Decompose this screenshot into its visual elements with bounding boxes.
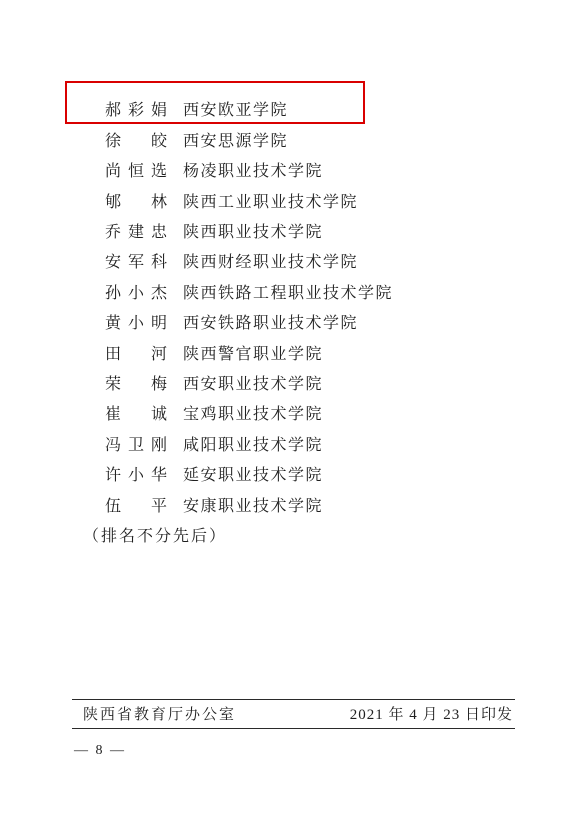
person-name: 田 河 (105, 341, 183, 364)
institution-name: 陕西警官职业学院 (183, 341, 323, 364)
ranking-note: （排名不分先后） (83, 519, 227, 549)
institution-name: 西安职业技术学院 (183, 371, 323, 394)
person-name: 冯卫刚 (105, 432, 183, 455)
list-item: 尚恒选 杨凌职业技术学院 (105, 155, 525, 185)
person-name: 孙小杰 (105, 280, 183, 303)
person-name: 崔 诚 (105, 401, 183, 424)
person-name: 安军科 (105, 249, 183, 272)
list-item: 郇 林 陕西工业职业技术学院 (105, 185, 525, 215)
person-name: 许小华 (105, 462, 183, 485)
page-number: — 8 — (74, 743, 126, 759)
list-item: 黄小明 西安铁路职业技术学院 (105, 307, 525, 337)
person-name: 尚恒选 (105, 158, 183, 181)
person-name: 黄小明 (105, 310, 183, 333)
list-item: 孙小杰 陕西铁路工程职业技术学院 (105, 276, 525, 306)
institution-name: 西安欧亚学院 (183, 97, 288, 120)
person-name: 乔建忠 (105, 219, 183, 242)
list-item: 乔建忠 陕西职业技术学院 (105, 215, 525, 245)
list-item: 田 河 陕西警官职业学院 (105, 337, 525, 367)
institution-name: 宝鸡职业技术学院 (183, 401, 323, 424)
institution-name: 陕西财经职业技术学院 (183, 249, 358, 272)
list-item: 伍 平 安康职业技术学院 (105, 489, 525, 519)
institution-name: 延安职业技术学院 (183, 462, 323, 485)
issuing-office: 陕西省教育厅办公室 (83, 703, 236, 724)
name-list: 郝彩娟 西安欧亚学院 徐 皎 西安思源学院 尚恒选 杨凌职业技术学院 郇 林 陕… (105, 94, 525, 519)
list-item: 郝彩娟 西安欧亚学院 (105, 94, 525, 124)
institution-name: 陕西职业技术学院 (183, 219, 323, 242)
institution-name: 杨凌职业技术学院 (183, 158, 323, 181)
list-item: 荣 梅 西安职业技术学院 (105, 367, 525, 397)
institution-name: 西安思源学院 (183, 128, 288, 151)
institution-name: 陕西铁路工程职业技术学院 (183, 280, 393, 303)
list-item: 冯卫刚 咸阳职业技术学院 (105, 428, 525, 458)
institution-name: 陕西工业职业技术学院 (183, 189, 358, 212)
list-item: 徐 皎 西安思源学院 (105, 124, 525, 154)
person-name: 郝彩娟 (105, 97, 183, 120)
print-date: 2021 年 4 月 23 日印发 (350, 703, 513, 724)
institution-name: 西安铁路职业技术学院 (183, 310, 358, 333)
footer-rule-bottom (72, 728, 515, 729)
list-item: 安军科 陕西财经职业技术学院 (105, 246, 525, 276)
list-item: 崔 诚 宝鸡职业技术学院 (105, 398, 525, 428)
institution-name: 安康职业技术学院 (183, 493, 323, 516)
document-page: 郝彩娟 西安欧亚学院 徐 皎 西安思源学院 尚恒选 杨凌职业技术学院 郇 林 陕… (0, 0, 578, 832)
person-name: 徐 皎 (105, 128, 183, 151)
person-name: 郇 林 (105, 189, 183, 212)
footer-row: 陕西省教育厅办公室 2021 年 4 月 23 日印发 (83, 704, 513, 723)
institution-name: 咸阳职业技术学院 (183, 432, 323, 455)
list-item: 许小华 延安职业技术学院 (105, 458, 525, 488)
person-name: 伍 平 (105, 493, 183, 516)
person-name: 荣 梅 (105, 371, 183, 394)
footer-rule-top (72, 699, 515, 700)
